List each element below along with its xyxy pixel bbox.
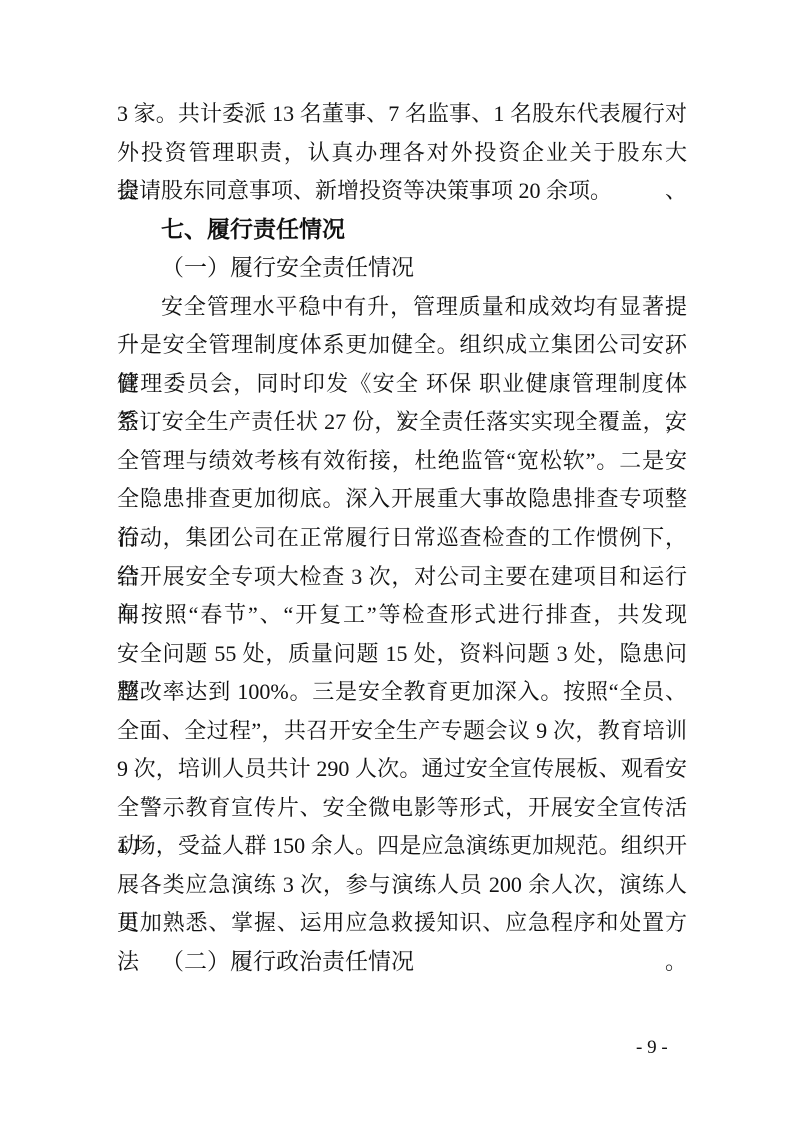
body-line: 行动，集团公司在正常履行日常巡查检查的工作惯例下，结	[117, 519, 687, 558]
body-line: 1 场，受益人群 150 余人。四是应急演练更加规范。组织开	[117, 827, 687, 866]
body-line: 全面、全过程”，共召开安全生产专题会议 9 次，教育培训	[117, 712, 687, 751]
body-line: 展各类应急演练 3 次，参与演练人员 200 余人次，演练人员	[117, 866, 687, 905]
body-line: 9 次，培训人员共计 290 人次。通过安全宣传展板、观看安	[117, 750, 687, 789]
body-line: 提请股东同意事项、新增投资等决策事项 20 余项。	[117, 172, 687, 211]
body-line: 合开展安全专项大检查 3 次，对公司主要在建项目和运行车	[117, 558, 687, 597]
body-line: 全警示教育宣传片、安全微电影等形式，开展安全宣传活动	[117, 789, 687, 828]
body-line: 更加熟悉、掌握、运用应急救援知识、应急程序和处置方法。	[117, 904, 687, 943]
section-heading: 七、履行责任情况	[117, 211, 687, 250]
body-line: 签订安全生产责任状 27 份，安全责任落实实现全覆盖，安	[117, 403, 687, 442]
body-line: 外投资管理职责，认真办理各对外投资企业关于股东大会、	[117, 134, 687, 173]
body-line: 间按照“春节”、“开复工”等检查形式进行排查，共发现	[117, 596, 687, 635]
body-line: 安全管理水平稳中有升，管理质量和成效均有显著提升。	[117, 288, 687, 327]
body-line: 管理委员会，同时印发《安全 环保 职业健康管理制度体系》，	[117, 365, 687, 404]
body-line: 一是安全管理制度体系更加健全。组织成立集团公司安环健	[117, 326, 687, 365]
body-line: 全隐患排查更加彻底。深入开展重大事故隐患排查专项整治	[117, 480, 687, 519]
body-line: 安全问题 55 处，质量问题 15 处，资料问题 3 处，隐患问题	[117, 635, 687, 674]
subsection-heading: （一）履行安全责任情况	[117, 249, 687, 288]
page-number: - 9 -	[636, 1036, 668, 1060]
body-line: 3 家。共计委派 13 名董事、7 名监事、1 名股东代表履行对	[117, 95, 687, 134]
body-line: 整改率达到 100%。三是安全教育更加深入。按照“全员、	[117, 673, 687, 712]
document-text-block: 3 家。共计委派 13 名董事、7 名监事、1 名股东代表履行对 外投资管理职责…	[117, 95, 687, 982]
body-line: 全管理与绩效考核有效衔接，杜绝监管“宽松软”。二是安	[117, 442, 687, 481]
document-page: 3 家。共计委派 13 名董事、7 名监事、1 名股东代表履行对 外投资管理职责…	[0, 0, 793, 1122]
